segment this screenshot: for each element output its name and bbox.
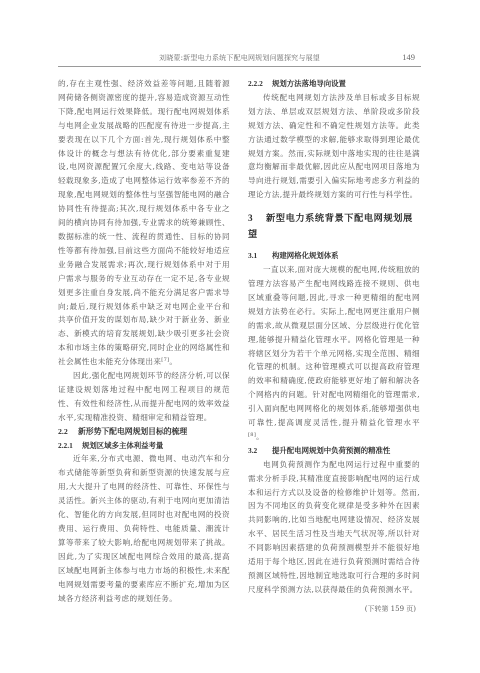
paragraph: 的,存在主观性强、经济效益差等问题,且随着源网荷储各侧资源密度的提升,容易造成资… bbox=[58, 77, 230, 369]
section-heading-2-2: 2.2新形势下配电网规划目标的梳理 bbox=[58, 425, 230, 439]
section-number: 2.2.1 bbox=[58, 439, 82, 453]
section-heading-3: 3新型电力系统背景下配电网规划展望 bbox=[248, 210, 420, 243]
section-heading-3-2: 3.2提升配电网规划中负荷预测的精准性 bbox=[248, 444, 420, 458]
running-head: 刘晓蒙:新型电力系统下配电网规划问题探究与展望 149 bbox=[58, 52, 421, 67]
page-number: 149 bbox=[402, 52, 415, 62]
paragraph: 近年来,分布式电源、微电网、电动汽车和分布式储能等新型负荷和新型资源的快速发展与… bbox=[58, 452, 230, 605]
section-number: 3.2 bbox=[248, 444, 272, 458]
section-title: 新形势下配电网规划目标的梳理 bbox=[78, 427, 187, 436]
left-column: 的,存在主观性强、经济效益差等问题,且随着源网荷储各侧资源密度的提升,容易造成资… bbox=[58, 77, 230, 605]
section-heading-2-2-1: 2.2.1规划区域多主体利益考量 bbox=[58, 439, 230, 453]
section-title: 提升配电网规划中负荷预测的精准性 bbox=[272, 446, 390, 455]
section-title: 规划方法落地导向设置 bbox=[272, 79, 346, 88]
paragraph: 传统配电网规划方法涉及单目标或多目标规划方法、单层或双层规划方法、单阶段或多阶段… bbox=[248, 91, 420, 202]
continued-note: (下转第 159 页) bbox=[248, 603, 420, 615]
section-heading-3-1: 3.1构建网格化规划体系 bbox=[248, 249, 420, 263]
citation: [8] bbox=[248, 432, 256, 438]
right-column: 2.2.2规划方法落地导向设置 传统配电网规划方法涉及单目标或多目标规划方法、单… bbox=[248, 77, 420, 615]
section-number: 3.1 bbox=[248, 249, 272, 263]
section-title: 构建网格化规划体系 bbox=[272, 251, 339, 260]
punctuation: 。 bbox=[169, 357, 177, 366]
paragraph-text: 的,存在主观性强、经济效益差等问题,且随着源网荷储各侧资源密度的提升,容易造成资… bbox=[58, 79, 230, 366]
section-number: 3 bbox=[248, 210, 266, 226]
section-title: 规划区域多主体利益考量 bbox=[82, 441, 163, 450]
paragraph: 电网负荷预测作为配电网运行过程中重要的需求分析手段,其精准度直接影响配电网的运行… bbox=[248, 458, 420, 597]
paragraph: 一直以来,面对庞大规模的配电网,传统粗放的管理方法容易产生配电网线路连接不规则、… bbox=[248, 263, 420, 444]
paragraph: 因此,强化配电网规划环节的经济分析,可以保证建设规划落地过程中配电网工程项目的规… bbox=[58, 369, 230, 425]
section-number: 2.2.2 bbox=[248, 77, 272, 91]
punctuation: 。 bbox=[256, 432, 264, 441]
section-heading-2-2-2: 2.2.2规划方法落地导向设置 bbox=[248, 77, 420, 91]
section-number: 2.2 bbox=[58, 425, 78, 439]
running-title: 刘晓蒙:新型电力系统下配电网规划问题探究与展望 bbox=[58, 53, 421, 63]
paragraph-text: 一直以来,面对庞大规模的配电网,传统粗放的管理方法容易产生配电网线路连接不规则、… bbox=[248, 265, 420, 427]
section-title: 新型电力系统背景下配电网规划展望 bbox=[248, 213, 413, 240]
